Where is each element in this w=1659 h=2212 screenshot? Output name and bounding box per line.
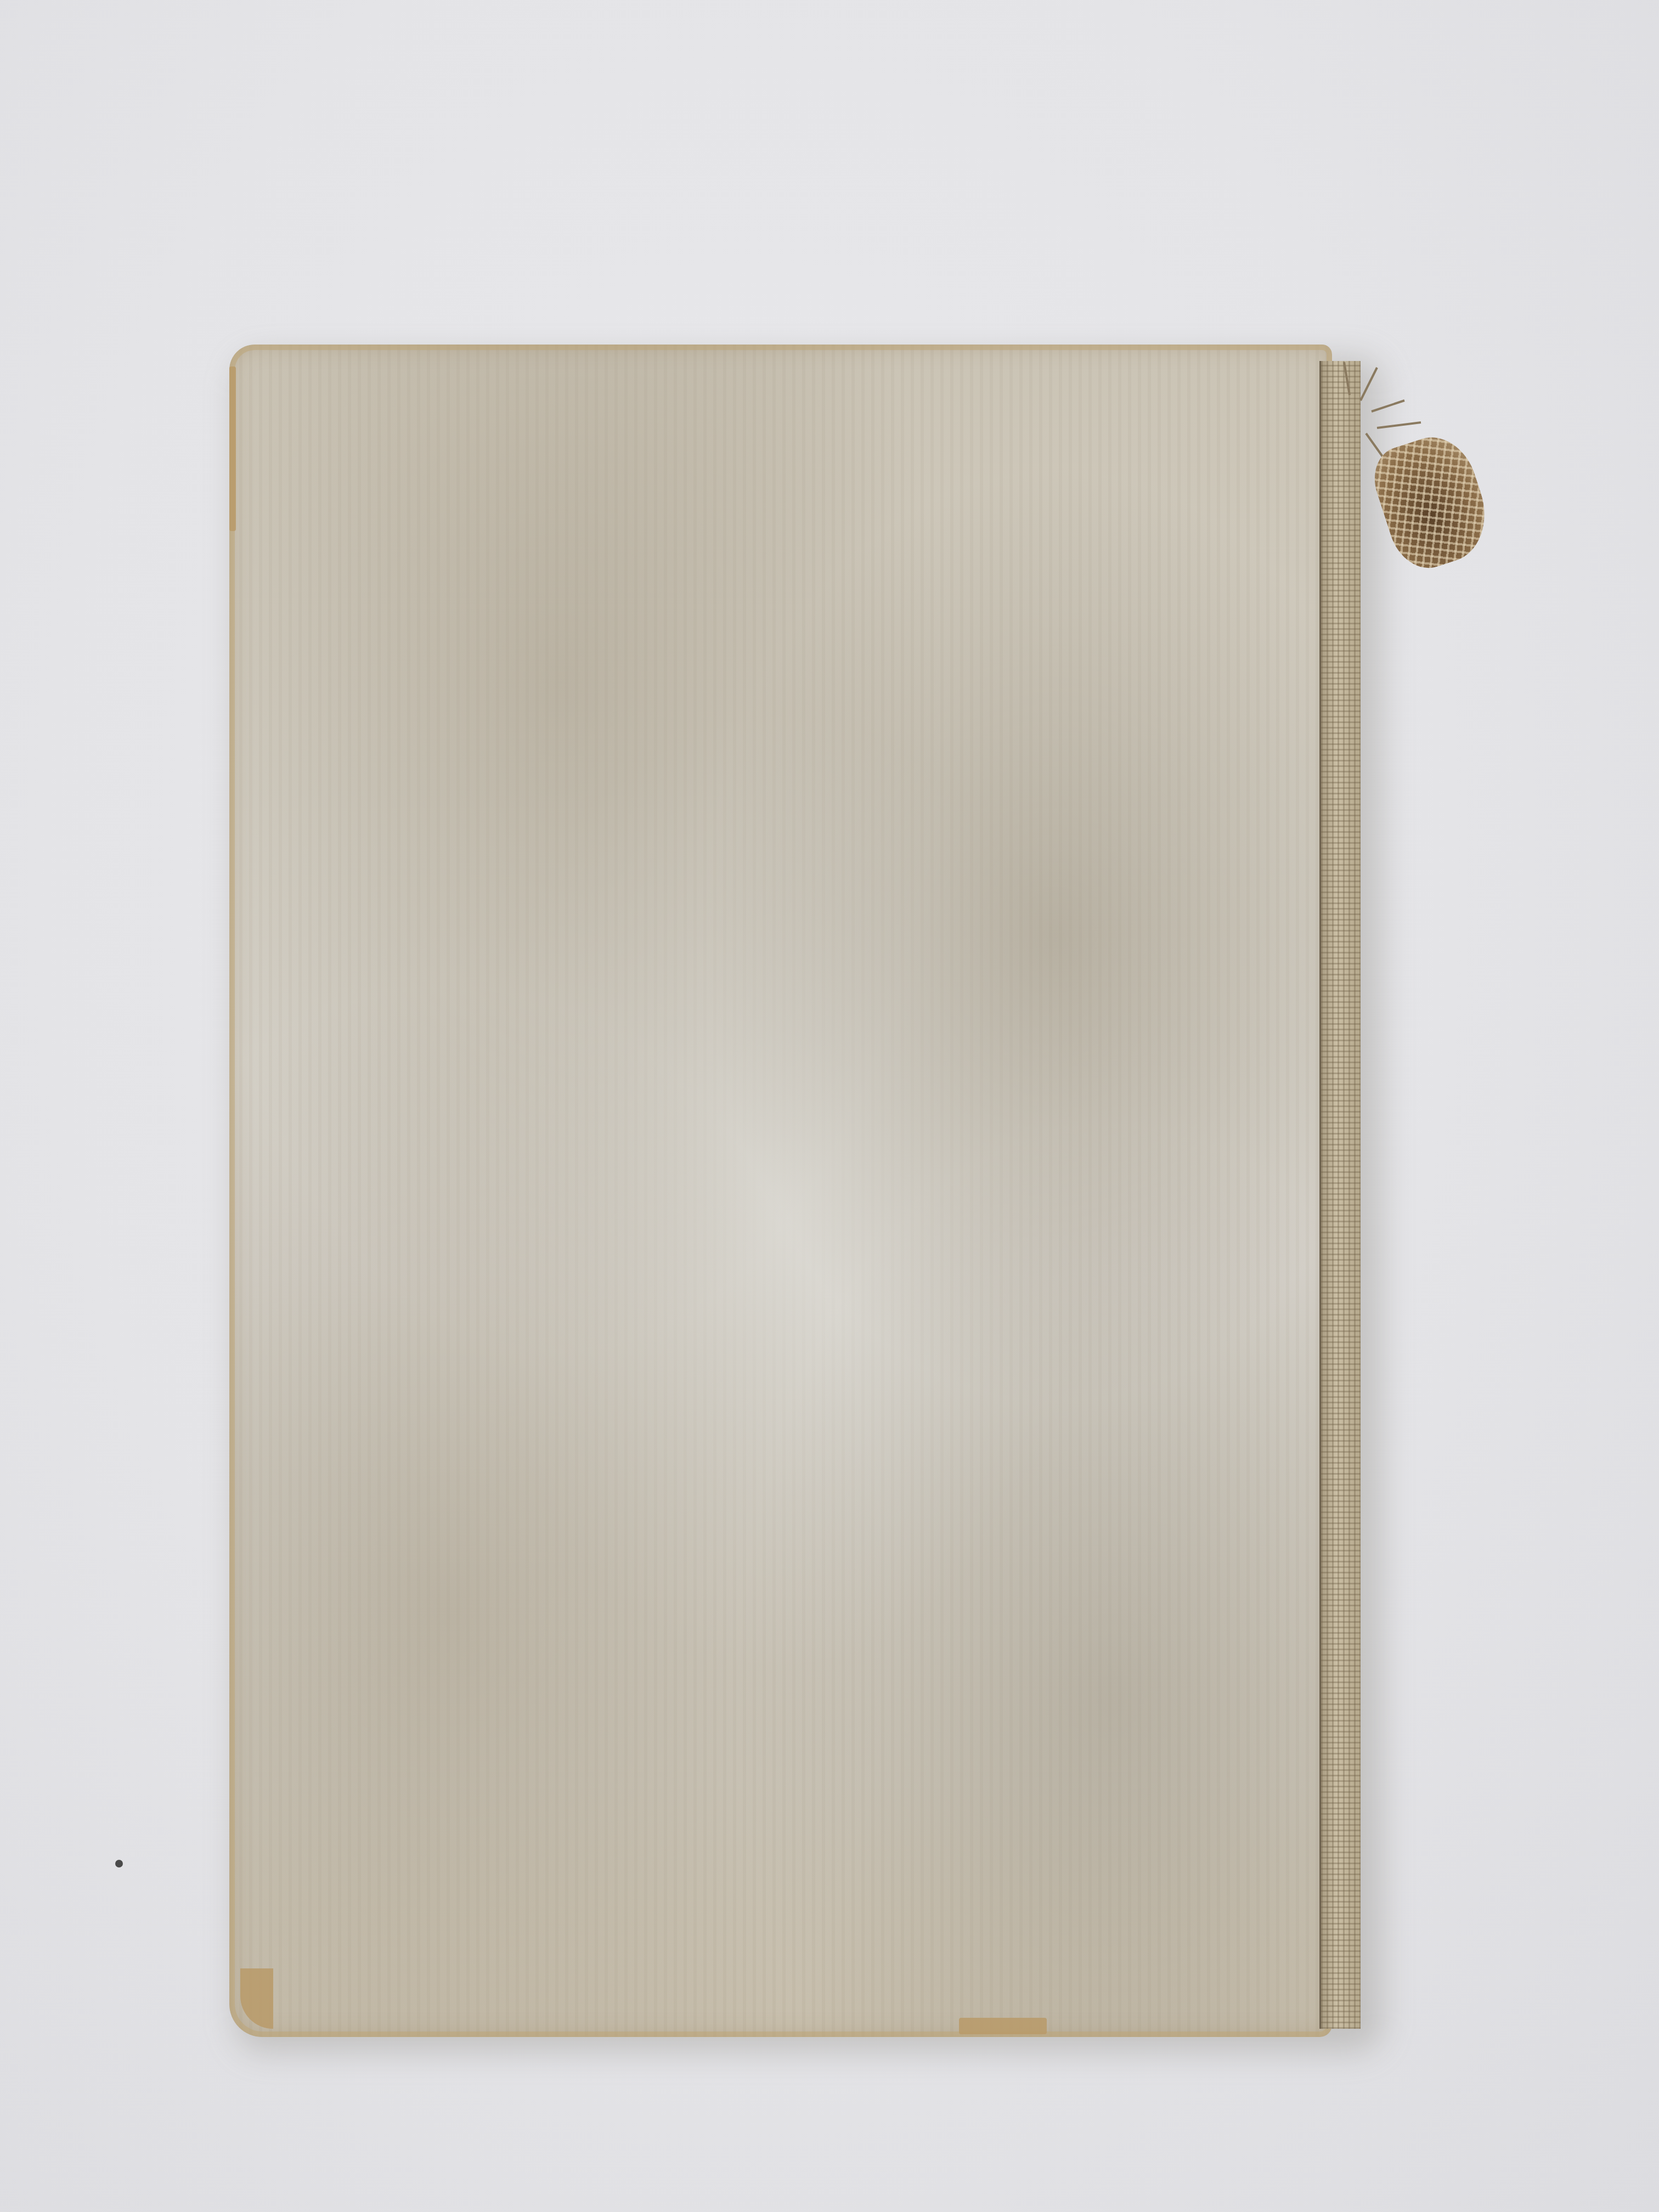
edge-wear-top-left [229,366,236,531]
dust-speck [115,1860,123,1867]
book [229,345,1370,2037]
back-cover [229,345,1332,2037]
edge-wear-bottom [959,2018,1047,2034]
frayed-cloth-spine [1319,361,1361,2029]
